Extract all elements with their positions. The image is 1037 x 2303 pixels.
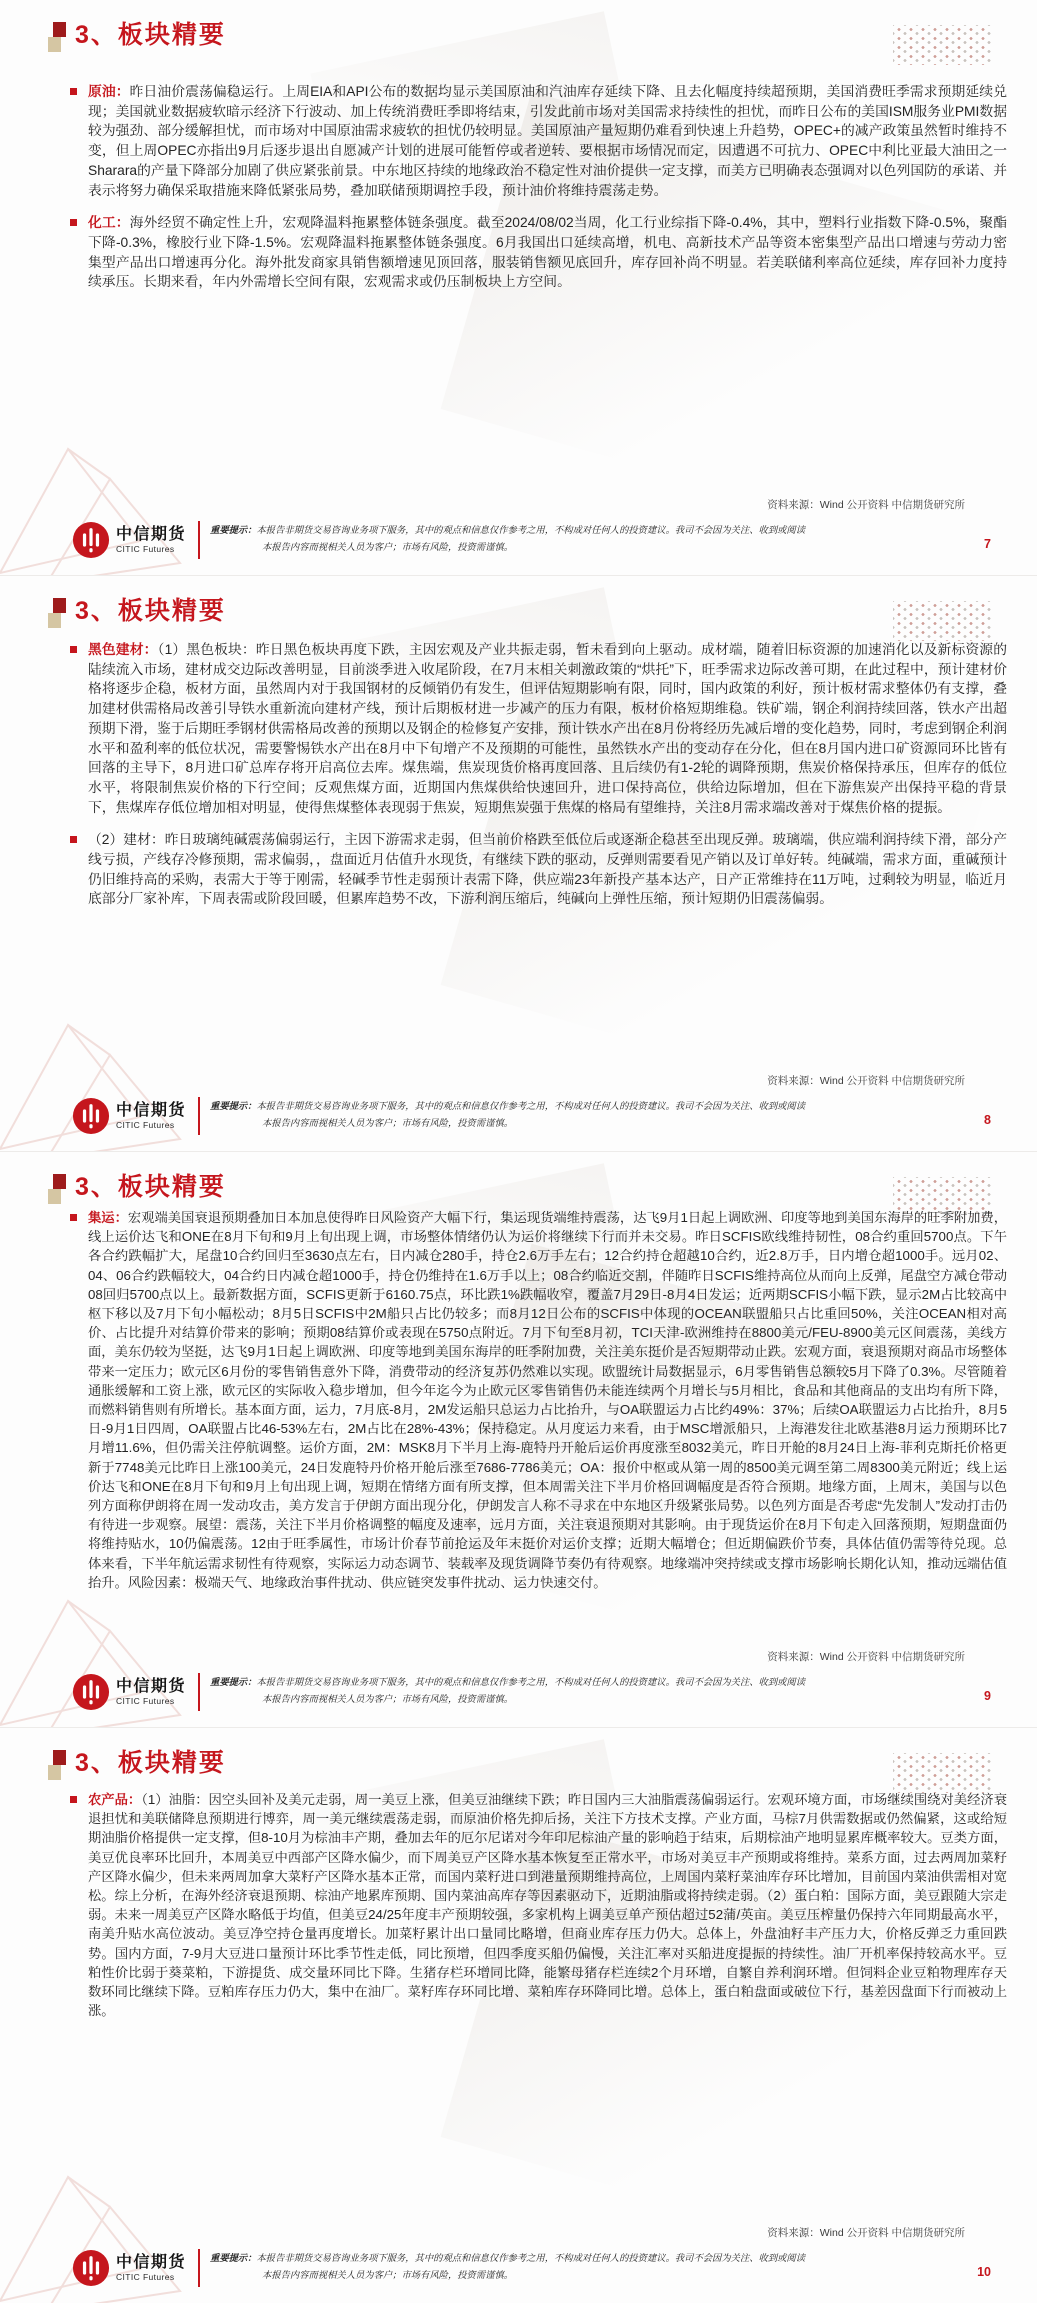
logo-name-cn: 中信期货	[116, 1678, 186, 1696]
page-content: 原油：昨日油价震荡偏稳运行。上周EIA和API公布的数据均显示美国原油和汽油库存…	[88, 82, 1007, 305]
citic-logo: 中信期货 CITIC Futures	[72, 2249, 186, 2287]
bullet-text: （1）黑色板块：昨日黑色板块再度下跌，主因宏观及产业共振走弱，暂未看到向上驱动。…	[88, 642, 1007, 815]
disclaimer-label: 重要提示：	[210, 1677, 256, 1688]
footer-divider	[198, 2249, 200, 2287]
title-marker-icon	[53, 1174, 66, 1204]
bullet-text: 昨日油价震荡偏稳运行。上周EIA和API公布的数据均显示美国原油和汽油库存延续下…	[88, 84, 1007, 198]
page-footer: 中信期货 CITIC Futures 重要提示：本报告非期货交易咨询业务项下服务…	[72, 2241, 997, 2295]
page-title: 3、板块精要	[75, 1172, 226, 1203]
logo-name-cn: 中信期货	[116, 1102, 186, 1120]
source-attribution: 资料来源：Wind 公开资料 中信期货研究所	[767, 2225, 965, 2240]
logo-name-cn: 中信期货	[116, 2254, 186, 2272]
page-number: 7	[984, 537, 991, 551]
bullet-text: 宏观端美国衰退预期叠加日本加息使得昨日风险资产大幅下行，集运现货端维持震荡，达飞…	[88, 1210, 1007, 1590]
title-row: 3、板块精要	[53, 596, 226, 628]
title-row: 3、板块精要	[53, 1172, 226, 1204]
footer-divider	[198, 521, 200, 559]
bullet-agricultural-products: 农产品：（1）油脂：因空头回补及美元走弱，周一美豆上涨，但美豆油继续下跌；昨日国…	[88, 1790, 1007, 2020]
logo-text: 中信期货 CITIC Futures	[116, 1102, 186, 1130]
page-footer: 中信期货 CITIC Futures 重要提示：本报告非期货交易咨询业务项下服务…	[72, 1089, 997, 1143]
bullet-label: 黑色建材：	[88, 642, 158, 657]
title-marker-icon	[53, 598, 66, 628]
disclaimer: 重要提示：本报告非期货交易咨询业务项下服务，其中的观点和信息仅作参考之用，不构成…	[210, 523, 805, 556]
bullet-label: 原油：	[88, 84, 130, 99]
disclaimer-line2: 本报告内容而视相关人员为客户；市场有风险，投资需谨慎。	[262, 540, 805, 557]
bullet-ferrous-building-materials: 黑色建材：（1）黑色板块：昨日黑色板块再度下跌，主因宏观及产业共振走弱，暂未看到…	[88, 640, 1007, 817]
disclaimer-label: 重要提示：	[210, 1101, 256, 1112]
bullet-building-materials: （2）建材：昨日玻璃纯碱震荡偏弱运行，主因下游需求走弱，但当前价格跌至低位后或逐…	[88, 830, 1007, 909]
page-number: 8	[984, 1113, 991, 1127]
citic-logo-icon	[72, 1673, 110, 1711]
bullet-text: 海外经贸不确定性上升，宏观降温料拖累整体链条强度。截至2024/08/02当周，…	[88, 215, 1007, 289]
report-page-9: 3、板块精要 集运：宏观端美国衰退预期叠加日本加息使得昨日风险资产大幅下行，集运…	[0, 1151, 1037, 1727]
source-attribution: 资料来源：Wind 公开资料 中信期货研究所	[767, 497, 965, 512]
bullet-text: （2）建材：昨日玻璃纯碱震荡偏弱运行，主因下游需求走弱，但当前价格跌至低位后或逐…	[88, 832, 1007, 906]
bullet-text: （1）油脂：因空头回补及美元走弱，周一美豆上涨，但美豆油继续下跌；昨日国内三大油…	[88, 1792, 1007, 2018]
dots-grid-icon	[893, 1753, 993, 1793]
page-number: 9	[984, 1689, 991, 1703]
dots-grid-icon	[893, 25, 993, 65]
disclaimer-line1: 本报告非期货交易咨询业务项下服务，其中的观点和信息仅作参考之用，不构成对任何人的…	[257, 2253, 806, 2264]
page-content: 黑色建材：（1）黑色板块：昨日黑色板块再度下跌，主因宏观及产业共振走弱，暂未看到…	[88, 640, 1007, 922]
logo-text: 中信期货 CITIC Futures	[116, 2254, 186, 2282]
citic-logo: 中信期货 CITIC Futures	[72, 521, 186, 559]
page-footer: 中信期货 CITIC Futures 重要提示：本报告非期货交易咨询业务项下服务…	[72, 513, 997, 567]
disclaimer: 重要提示：本报告非期货交易咨询业务项下服务，其中的观点和信息仅作参考之用，不构成…	[210, 1675, 805, 1708]
disclaimer-line2: 本报告内容而视相关人员为客户；市场有风险，投资需谨慎。	[262, 2268, 805, 2285]
citic-logo-icon	[72, 1097, 110, 1135]
logo-name-cn: 中信期货	[116, 526, 186, 544]
page-footer: 中信期货 CITIC Futures 重要提示：本报告非期货交易咨询业务项下服务…	[72, 1665, 997, 1719]
title-row: 3、板块精要	[53, 1748, 226, 1780]
disclaimer-line2: 本报告内容而视相关人员为客户；市场有风险，投资需谨慎。	[262, 1692, 805, 1709]
citic-logo-icon	[72, 521, 110, 559]
page-title: 3、板块精要	[75, 596, 226, 627]
source-attribution: 资料来源：Wind 公开资料 中信期货研究所	[767, 1073, 965, 1088]
bullet-label: 集运：	[88, 1210, 128, 1225]
disclaimer: 重要提示：本报告非期货交易咨询业务项下服务，其中的观点和信息仅作参考之用，不构成…	[210, 1099, 805, 1132]
logo-name-en: CITIC Futures	[116, 1696, 186, 1706]
bullet-container-shipping: 集运：宏观端美国衰退预期叠加日本加息使得昨日风险资产大幅下行，集运现货端维持震荡…	[88, 1208, 1007, 1592]
logo-text: 中信期货 CITIC Futures	[116, 1678, 186, 1706]
disclaimer-label: 重要提示：	[210, 2253, 256, 2264]
disclaimer-line1: 本报告非期货交易咨询业务项下服务，其中的观点和信息仅作参考之用，不构成对任何人的…	[257, 1677, 806, 1688]
bullet-label: 农产品：	[88, 1792, 141, 1807]
bullet-crude-oil: 原油：昨日油价震荡偏稳运行。上周EIA和API公布的数据均显示美国原油和汽油库存…	[88, 82, 1007, 200]
disclaimer: 重要提示：本报告非期货交易咨询业务项下服务，其中的观点和信息仅作参考之用，不构成…	[210, 2251, 805, 2284]
title-row: 3、板块精要	[53, 20, 226, 52]
citic-logo: 中信期货 CITIC Futures	[72, 1673, 186, 1711]
page-title: 3、板块精要	[75, 20, 226, 51]
disclaimer-label: 重要提示：	[210, 525, 256, 536]
source-attribution: 资料来源：Wind 公开资料 中信期货研究所	[767, 1649, 965, 1664]
disclaimer-line1: 本报告非期货交易咨询业务项下服务，其中的观点和信息仅作参考之用，不构成对任何人的…	[257, 1101, 806, 1112]
title-marker-icon	[53, 1750, 66, 1780]
disclaimer-line2: 本报告内容而视相关人员为客户；市场有风险，投资需谨慎。	[262, 1116, 805, 1133]
logo-text: 中信期货 CITIC Futures	[116, 526, 186, 554]
citic-logo: 中信期货 CITIC Futures	[72, 1097, 186, 1135]
footer-divider	[198, 1097, 200, 1135]
page-content: 集运：宏观端美国衰退预期叠加日本加息使得昨日风险资产大幅下行，集运现货端维持震荡…	[88, 1208, 1007, 1605]
logo-name-en: CITIC Futures	[116, 2272, 186, 2282]
dots-grid-icon	[893, 601, 993, 641]
logo-name-en: CITIC Futures	[116, 544, 186, 554]
page-content: 农产品：（1）油脂：因空头回补及美元走弱，周一美豆上涨，但美豆油继续下跌；昨日国…	[88, 1790, 1007, 2033]
page-number: 10	[977, 2265, 991, 2279]
page-title: 3、板块精要	[75, 1748, 226, 1779]
title-marker-icon	[53, 22, 66, 52]
report-page-7: 3、板块精要 原油：昨日油价震荡偏稳运行。上周EIA和API公布的数据均显示美国…	[0, 0, 1037, 575]
citic-logo-icon	[72, 2249, 110, 2287]
logo-name-en: CITIC Futures	[116, 1120, 186, 1130]
bullet-label: 化工：	[88, 215, 130, 230]
disclaimer-line1: 本报告非期货交易咨询业务项下服务，其中的观点和信息仅作参考之用，不构成对任何人的…	[257, 525, 806, 536]
bullet-chemicals: 化工：海外经贸不确定性上升，宏观降温料拖累整体链条强度。截至2024/08/02…	[88, 213, 1007, 292]
footer-divider	[198, 1673, 200, 1711]
report-page-10: 3、板块精要 农产品：（1）油脂：因空头回补及美元走弱，周一美豆上涨，但美豆油继…	[0, 1727, 1037, 2303]
report-page-8: 3、板块精要 黑色建材：（1）黑色板块：昨日黑色板块再度下跌，主因宏观及产业共振…	[0, 575, 1037, 1151]
